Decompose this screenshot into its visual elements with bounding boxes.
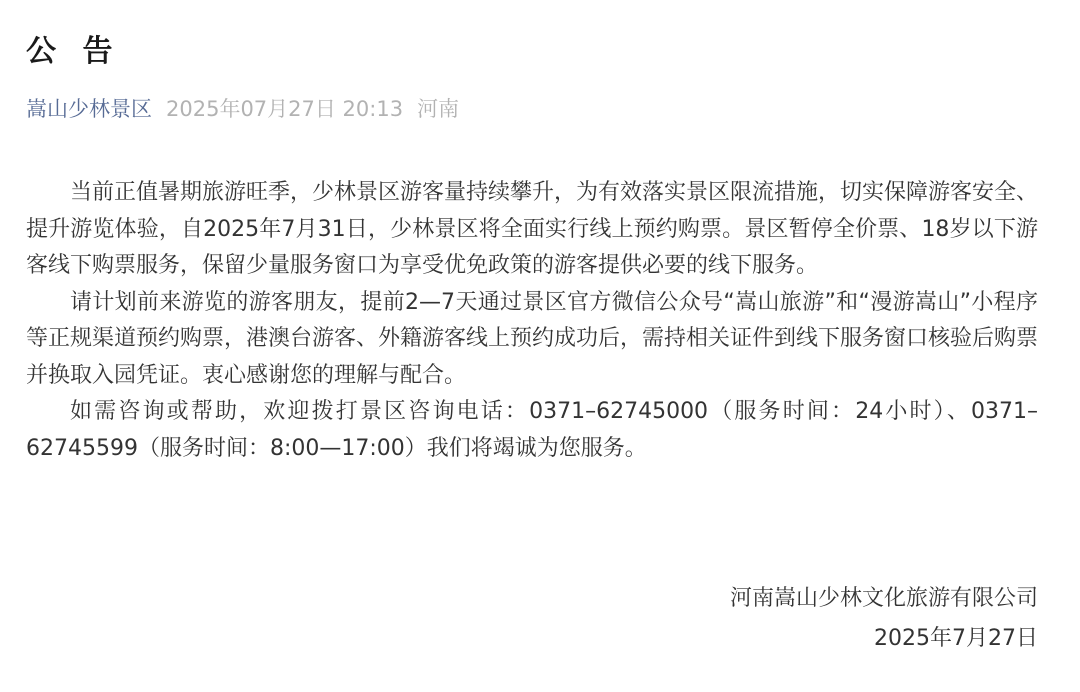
signature-block: 河南嵩山少林文化旅游有限公司 2025年7月27日 bbox=[730, 579, 1038, 659]
article-meta: 嵩山少林景区2025年07月27日 20:13河南 bbox=[26, 94, 459, 124]
article-body: 当前正值暑期旅游旺季，少林景区游客量持续攀升，为有效落实景区限流措施，切实保障游… bbox=[26, 175, 1038, 467]
paragraph-contact: 如需咨询或帮助，欢迎拨打景区咨询电话：0371–62745000（服务时间：24… bbox=[26, 394, 1038, 467]
signature-organization: 河南嵩山少林文化旅游有限公司 bbox=[730, 579, 1038, 619]
page-title: 公 告 bbox=[26, 32, 120, 72]
account-name-link[interactable]: 嵩山少林景区 bbox=[26, 97, 152, 121]
paragraph-booking: 请计划前来游览的游客朋友，提前2—7天通过景区官方微信公众号“嵩山旅游”和“漫游… bbox=[26, 285, 1038, 395]
paragraph-notice: 当前正值暑期旅游旺季，少林景区游客量持续攀升，为有效落实景区限流措施，切实保障游… bbox=[26, 175, 1038, 285]
publish-time: 2025年07月27日 20:13 bbox=[166, 97, 403, 121]
signature-date: 2025年7月27日 bbox=[730, 619, 1038, 659]
publish-region: 河南 bbox=[417, 97, 459, 121]
